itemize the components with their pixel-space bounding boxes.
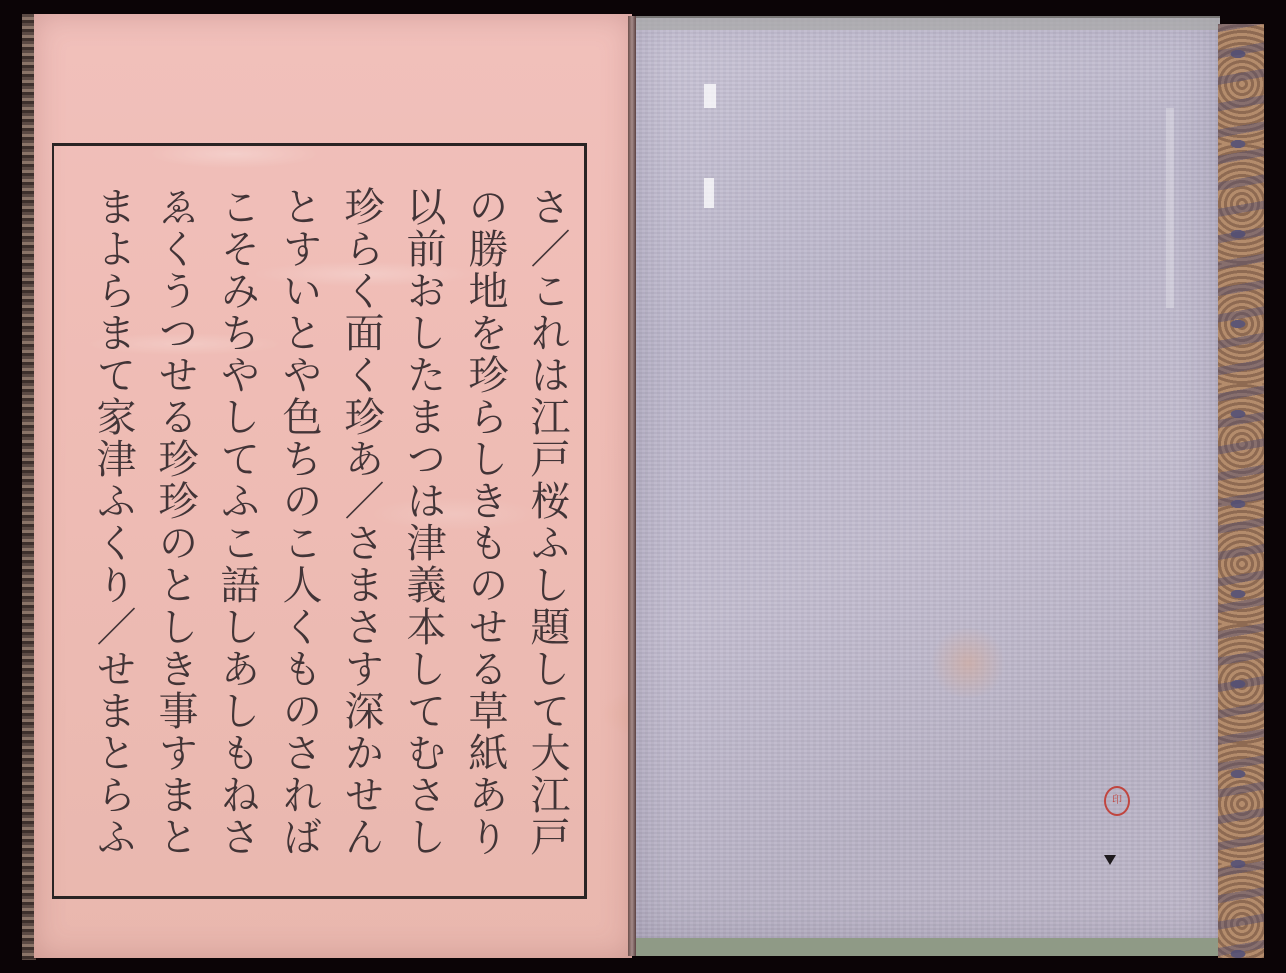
ink-mark	[1104, 855, 1116, 865]
text-column-4: 珍らく面く珍あ／さまさす深かせん	[334, 186, 388, 886]
paper-crease	[1166, 108, 1174, 308]
text-column-8: まよらまて家津ふくり／せまとらふ	[86, 186, 140, 886]
text-column-7: ゑくうつせる珍珍のとしき事すまと	[148, 186, 202, 886]
brocade-binding-edge	[1218, 24, 1264, 958]
text-columns: さ／これは江戸桜ふし題して大江戸 の勝地を珍らしきものせる草紙あり 以前おしたま…	[86, 186, 574, 886]
book-gutter	[628, 16, 636, 956]
red-seal-stamp: 印	[1104, 786, 1130, 816]
cover-texture	[636, 18, 1220, 940]
cover-bottom-edge	[636, 938, 1220, 956]
text-column-2: の勝地を珍らしきものせる草紙あり	[458, 186, 512, 886]
text-column-6: こそみちやしてふこ語しあしもねさ	[210, 186, 264, 886]
paper-stain	[928, 628, 1008, 698]
book-photograph: さ／これは江戸桜ふし題して大江戸 の勝地を珍らしきものせる草紙あり 以前おしたま…	[0, 0, 1286, 973]
text-column-5: とすいとや色ちのこ人くものされば	[272, 186, 326, 886]
text-column-1: さ／これは江戸桜ふし題して大江戸	[520, 186, 574, 886]
text-frame: さ／これは江戸桜ふし題して大江戸 の勝地を珍らしきものせる草紙あり 以前おしたま…	[52, 143, 587, 899]
cover-top-edge	[636, 16, 1220, 30]
paper-tear	[704, 178, 714, 208]
text-column-3: 以前おしたまつは津義本してむさし	[396, 186, 450, 886]
paper-tear	[704, 84, 716, 108]
right-page-cover	[636, 18, 1220, 940]
left-page: さ／これは江戸桜ふし題して大江戸 の勝地を珍らしきものせる草紙あり 以前おしたま…	[34, 14, 632, 958]
